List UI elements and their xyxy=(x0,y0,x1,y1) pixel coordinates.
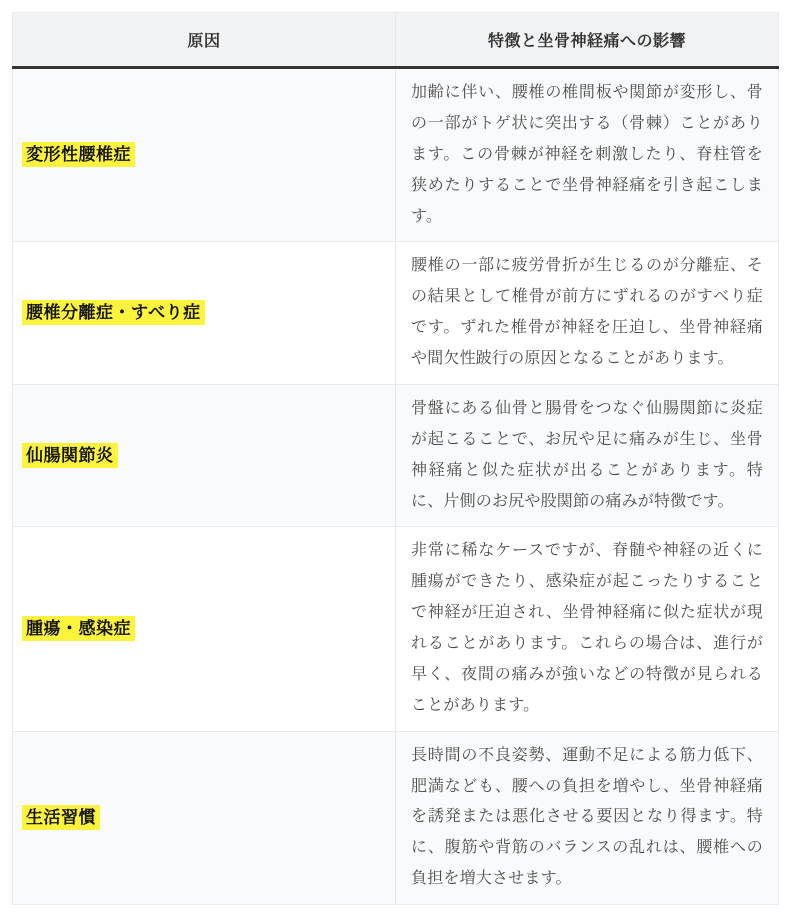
table-row: 変形性腰椎症 加齢に伴い、腰椎の椎間板や関節が変形し、骨の一部がトゲ状に突出する… xyxy=(13,68,779,242)
description-cell: 骨盤にある仙骨と腸骨をつなぐ仙腸関節に炎症が起こることで、お尻や足に痛みが生じ、… xyxy=(396,384,779,527)
cause-highlight-label: 生活習慣 xyxy=(22,805,100,830)
header-row: 原因 特徴と坐骨神経痛への影響 xyxy=(13,13,779,68)
table-row: 仙腸関節炎 骨盤にある仙骨と腸骨をつなぐ仙腸関節に炎症が起こることで、お尻や足に… xyxy=(13,384,779,527)
cause-effect-table: 原因 特徴と坐骨神経痛への影響 変形性腰椎症 加齢に伴い、腰椎の椎間板や関節が変… xyxy=(12,12,779,905)
description-cell: 長時間の不良姿勢、運動不足による筋力低下、肥満なども、腰への負担を増やし、坐骨神… xyxy=(396,731,779,904)
description-cell: 非常に稀なケースですが、脊髄や神経の近くに腫瘍ができたり、感染症が起こったりする… xyxy=(396,527,779,731)
table-row: 生活習慣 長時間の不良姿勢、運動不足による筋力低下、肥満なども、腰への負担を増や… xyxy=(13,731,779,904)
cause-highlight-label: 変形性腰椎症 xyxy=(22,142,135,167)
cause-cell: 変形性腰椎症 xyxy=(13,68,396,242)
cause-cell: 腫瘍・感染症 xyxy=(13,527,396,731)
cause-cell: 生活習慣 xyxy=(13,731,396,904)
cause-cell: 腰椎分離症・すべり症 xyxy=(13,242,396,385)
table-header: 原因 特徴と坐骨神経痛への影響 xyxy=(13,13,779,68)
column-header-cause: 原因 xyxy=(13,13,396,68)
cause-highlight-label: 腫瘍・感染症 xyxy=(22,616,135,641)
cause-highlight-label: 腰椎分離症・すべり症 xyxy=(22,300,205,325)
table-body: 変形性腰椎症 加齢に伴い、腰椎の椎間板や関節が変形し、骨の一部がトゲ状に突出する… xyxy=(13,68,779,905)
table-row: 腰椎分離症・すべり症 腰椎の一部に疲労骨折が生じるのが分離症、その結果として椎骨… xyxy=(13,242,779,385)
description-cell: 加齢に伴い、腰椎の椎間板や関節が変形し、骨の一部がトゲ状に突出する（骨棘）ことが… xyxy=(396,68,779,242)
article-page: 原因 特徴と坐骨神経痛への影響 変形性腰椎症 加齢に伴い、腰椎の椎間板や関節が変… xyxy=(0,0,791,917)
column-header-effect: 特徴と坐骨神経痛への影響 xyxy=(396,13,779,68)
table-row: 腫瘍・感染症 非常に稀なケースですが、脊髄や神経の近くに腫瘍ができたり、感染症が… xyxy=(13,527,779,731)
cause-highlight-label: 仙腸関節炎 xyxy=(22,443,118,468)
cause-cell: 仙腸関節炎 xyxy=(13,384,396,527)
description-cell: 腰椎の一部に疲労骨折が生じるのが分離症、その結果として椎骨が前方にずれるのがすべ… xyxy=(396,242,779,385)
